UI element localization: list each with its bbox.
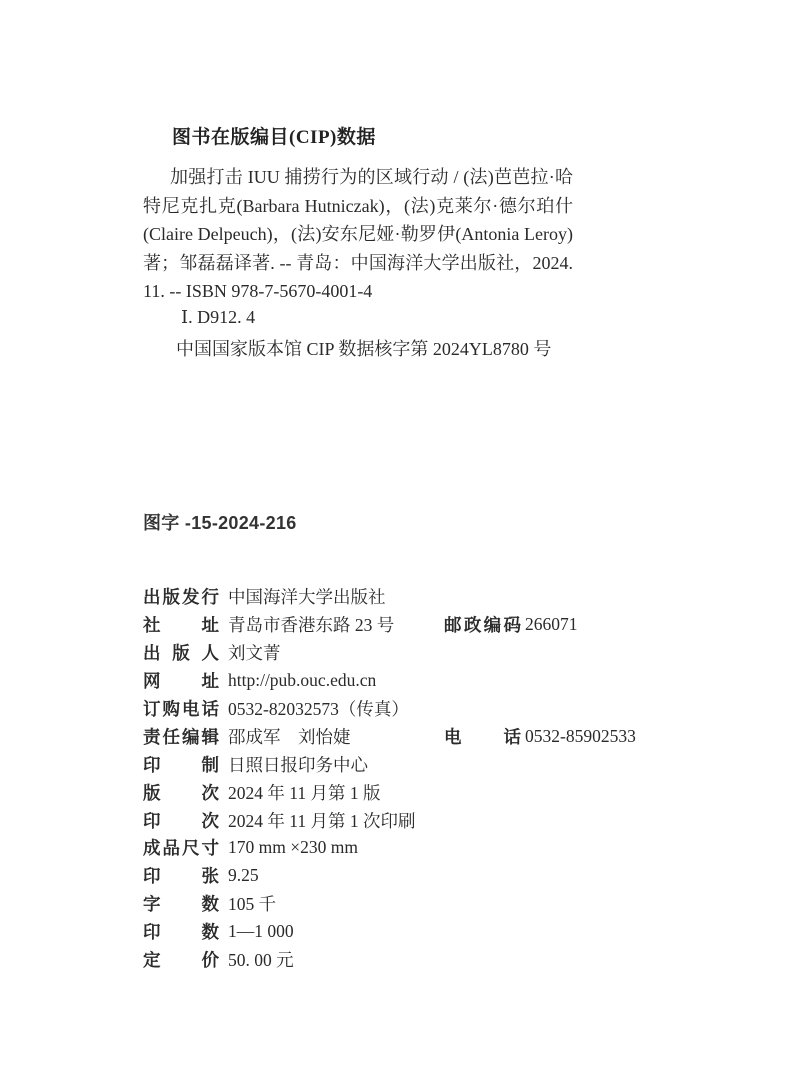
colophon-row-wordcount: 字数 105 千 [143,890,763,918]
row-value: 刘文菁 [228,640,281,665]
row-value: 邵成军 刘怡婕 [228,724,351,749]
row-value: 中国海洋大学出版社 [228,584,386,609]
row-label: 印数 [143,919,219,944]
cip-description: 加强打击 IUU 捕捞行为的区域行动 / (法)芭芭拉·哈 特尼克扎克(Barb… [143,163,573,306]
row-label: 版次 [143,780,219,805]
row-label: 出版发行 [143,584,219,609]
row-label: 责任编辑 [143,724,219,749]
colophon-row-printrun: 印数 1—1 000 [143,918,763,946]
row-value: 2024 年 11 月第 1 版 [228,780,380,805]
colophon-table: 出版发行 中国海洋大学出版社 社址 青岛市香港东路 23 号 邮政编码 2660… [143,583,763,973]
colophon-row-publisher: 出版发行 中国海洋大学出版社 [143,583,763,611]
row-value: 105 千 [228,891,276,916]
copyright-registration-number: 图字 -15-2024-216 [143,509,297,535]
row-value: 0532-82032573（传真） [228,696,409,721]
colophon-row-size: 成品尺寸 170 mm ×230 mm [143,834,763,862]
row-label-postcode: 邮政编码 [444,612,521,637]
copyright-page: 图书在版编目(CIP)数据 加强打击 IUU 捕捞行为的区域行动 / (法)芭芭… [0,0,799,1073]
row-label: 字数 [143,891,219,916]
colophon-row-sheets: 印张 9.25 [143,862,763,890]
cip-heading: 图书在版编目(CIP)数据 [172,122,376,149]
row-label: 印制 [143,752,219,777]
row-value: 日照日报印务中心 [228,752,368,777]
cip-record-number: 中国国家版本馆 CIP 数据核字第 2024YL8780 号 [176,335,551,361]
row-value-postcode: 266071 [525,614,578,635]
colophon-row-impression: 印次 2024 年 11 月第 1 次印刷 [143,806,763,834]
cip-description-line: 著；邹磊磊译著. -- 青岛：中国海洋大学出版社，2024. [143,249,573,278]
row-label: 印张 [143,863,219,888]
row-value: 1—1 000 [228,921,294,942]
row-label: 社址 [143,612,219,637]
row-label: 成品尺寸 [143,835,219,860]
row-value: 170 mm ×230 mm [228,837,358,858]
row-label: 出版人 [143,640,219,665]
cip-description-line: 特尼克扎克(Barbara Hutniczak)，(法)克莱尔·德尔珀什 [143,192,573,221]
colophon-row-address: 社址 青岛市香港东路 23 号 邮政编码 266071 [143,611,763,639]
row-value-phone: 0532-85902533 [525,726,636,747]
colophon-row-price: 定价 50. 00 元 [143,946,763,974]
row-value: http://pub.ouc.edu.cn [228,670,376,691]
row-value: 2024 年 11 月第 1 次印刷 [228,808,415,833]
row-label: 网址 [143,668,219,693]
colophon-row-editor: 责任编辑 邵成军 刘怡婕 电话 0532-85902533 [143,722,763,750]
row-value: 青岛市香港东路 23 号 [228,612,394,637]
colophon-row-website: 网址 http://pub.ouc.edu.cn [143,667,763,695]
row-value: 50. 00 元 [228,947,294,972]
colophon-row-printer: 印制 日照日报印务中心 [143,750,763,778]
row-value: 9.25 [228,865,259,886]
cip-description-line: (Claire Delpeuch)，(法)安东尼娅·勒罗伊(Antonia Le… [143,220,573,249]
cip-description-line: 11. -- ISBN 978-7-5670-4001-4 [143,277,573,306]
cip-classification: Ⅰ. D912. 4 [181,307,255,328]
row-label: 印次 [143,808,219,833]
row-label: 定价 [143,947,219,972]
colophon-row-order-phone: 订购电话 0532-82032573（传真） [143,695,763,723]
colophon-row-publisher-person: 出版人 刘文菁 [143,639,763,667]
row-label: 订购电话 [143,696,219,721]
cip-description-line: 加强打击 IUU 捕捞行为的区域行动 / (法)芭芭拉·哈 [143,163,573,192]
row-label-phone: 电话 [444,724,521,749]
colophon-row-edition: 版次 2024 年 11 月第 1 版 [143,778,763,806]
